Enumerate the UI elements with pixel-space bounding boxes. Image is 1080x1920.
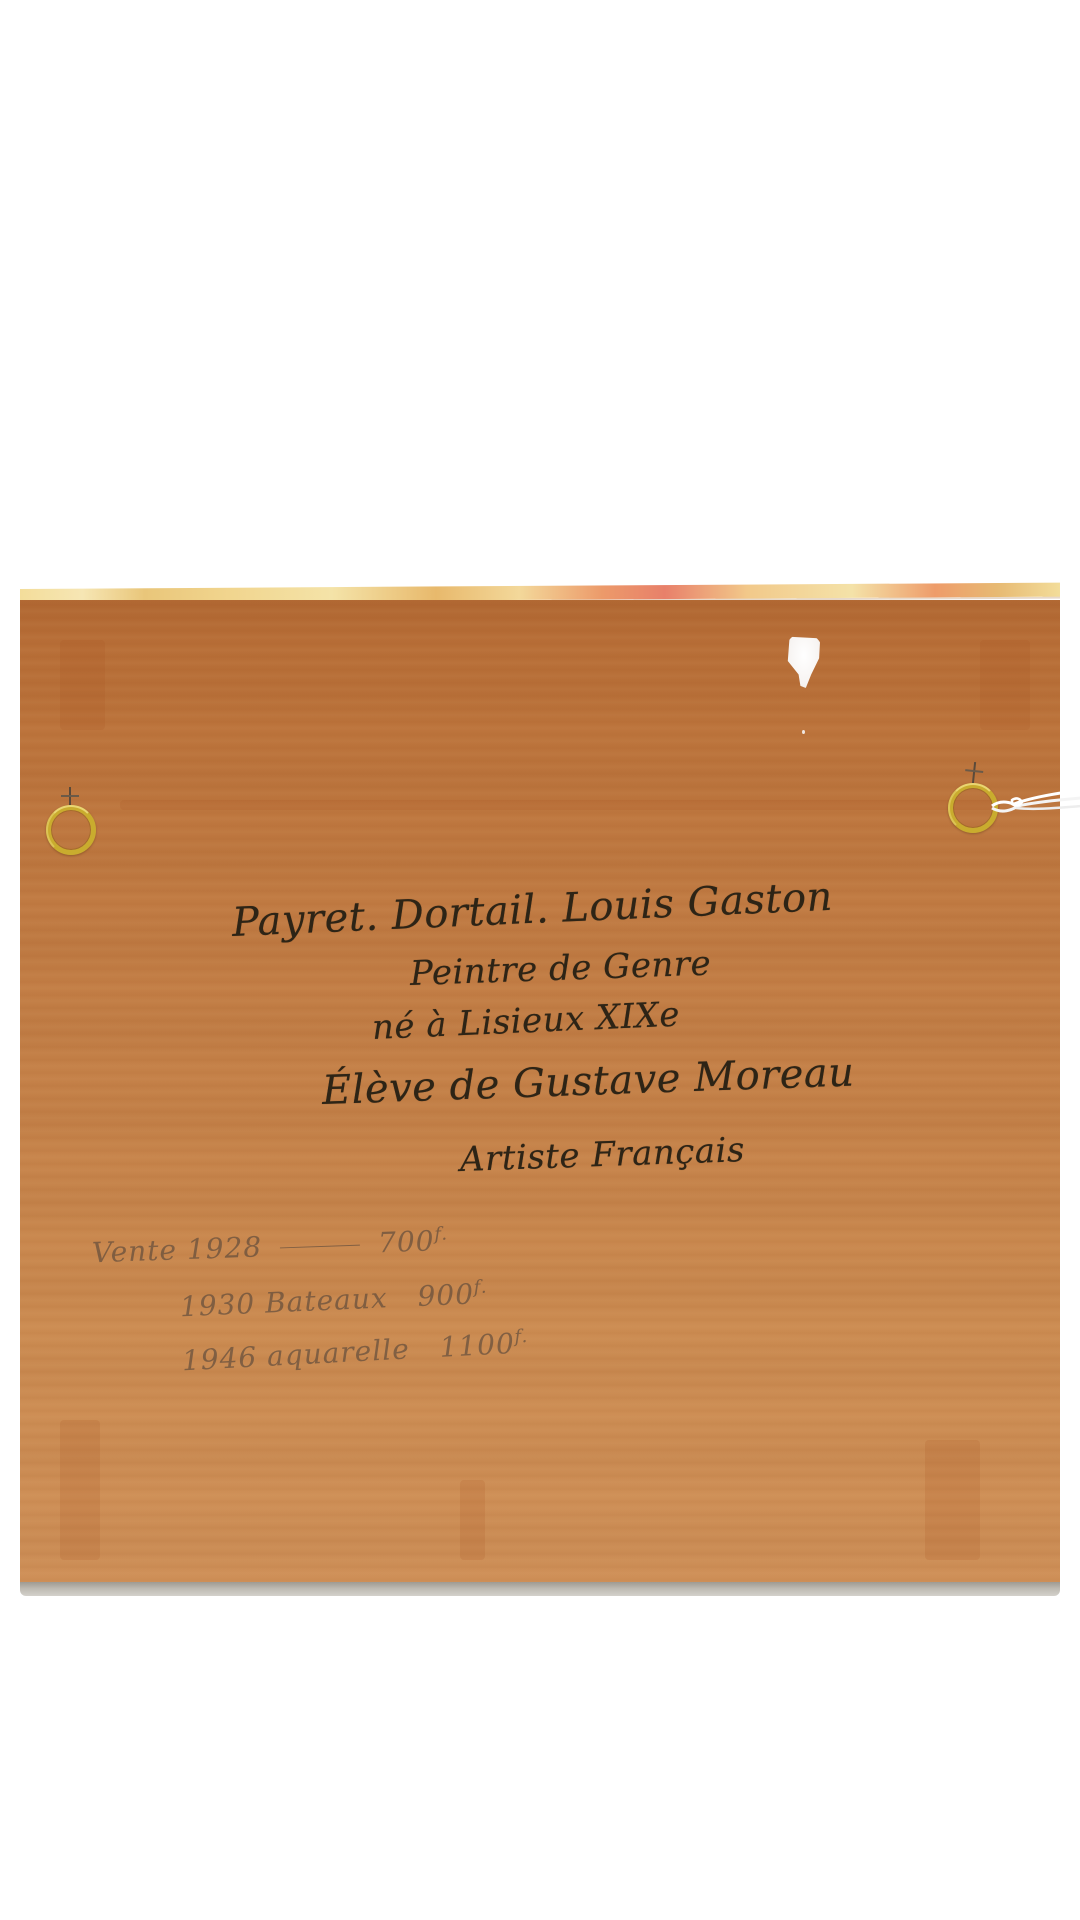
putty-speck [802, 730, 805, 734]
wood-stain [60, 640, 105, 730]
wood-stain [980, 640, 1030, 730]
sales-note-value: 900 [417, 1278, 475, 1313]
photo-scene: Payret. Dortail. Louis Gaston Peintre de… [0, 0, 1080, 1920]
hanging-ring-left-icon [46, 805, 96, 855]
wood-stain [460, 1480, 485, 1560]
hanging-string-icon [990, 790, 1080, 820]
sales-note-label: Vente 1928 [91, 1230, 262, 1269]
dash-divider [280, 1245, 360, 1249]
sales-note-value: 1100 [439, 1327, 516, 1364]
sales-note-value: 700 [377, 1224, 435, 1259]
backing-strip [20, 1582, 1060, 1596]
sales-note-unit: f. [514, 1326, 529, 1348]
sales-note-unit: f. [473, 1277, 488, 1299]
wood-grain-band [120, 800, 1000, 810]
wood-stain [60, 1420, 100, 1560]
sales-note-unit: f. [434, 1224, 448, 1245]
wood-stain [925, 1440, 980, 1560]
